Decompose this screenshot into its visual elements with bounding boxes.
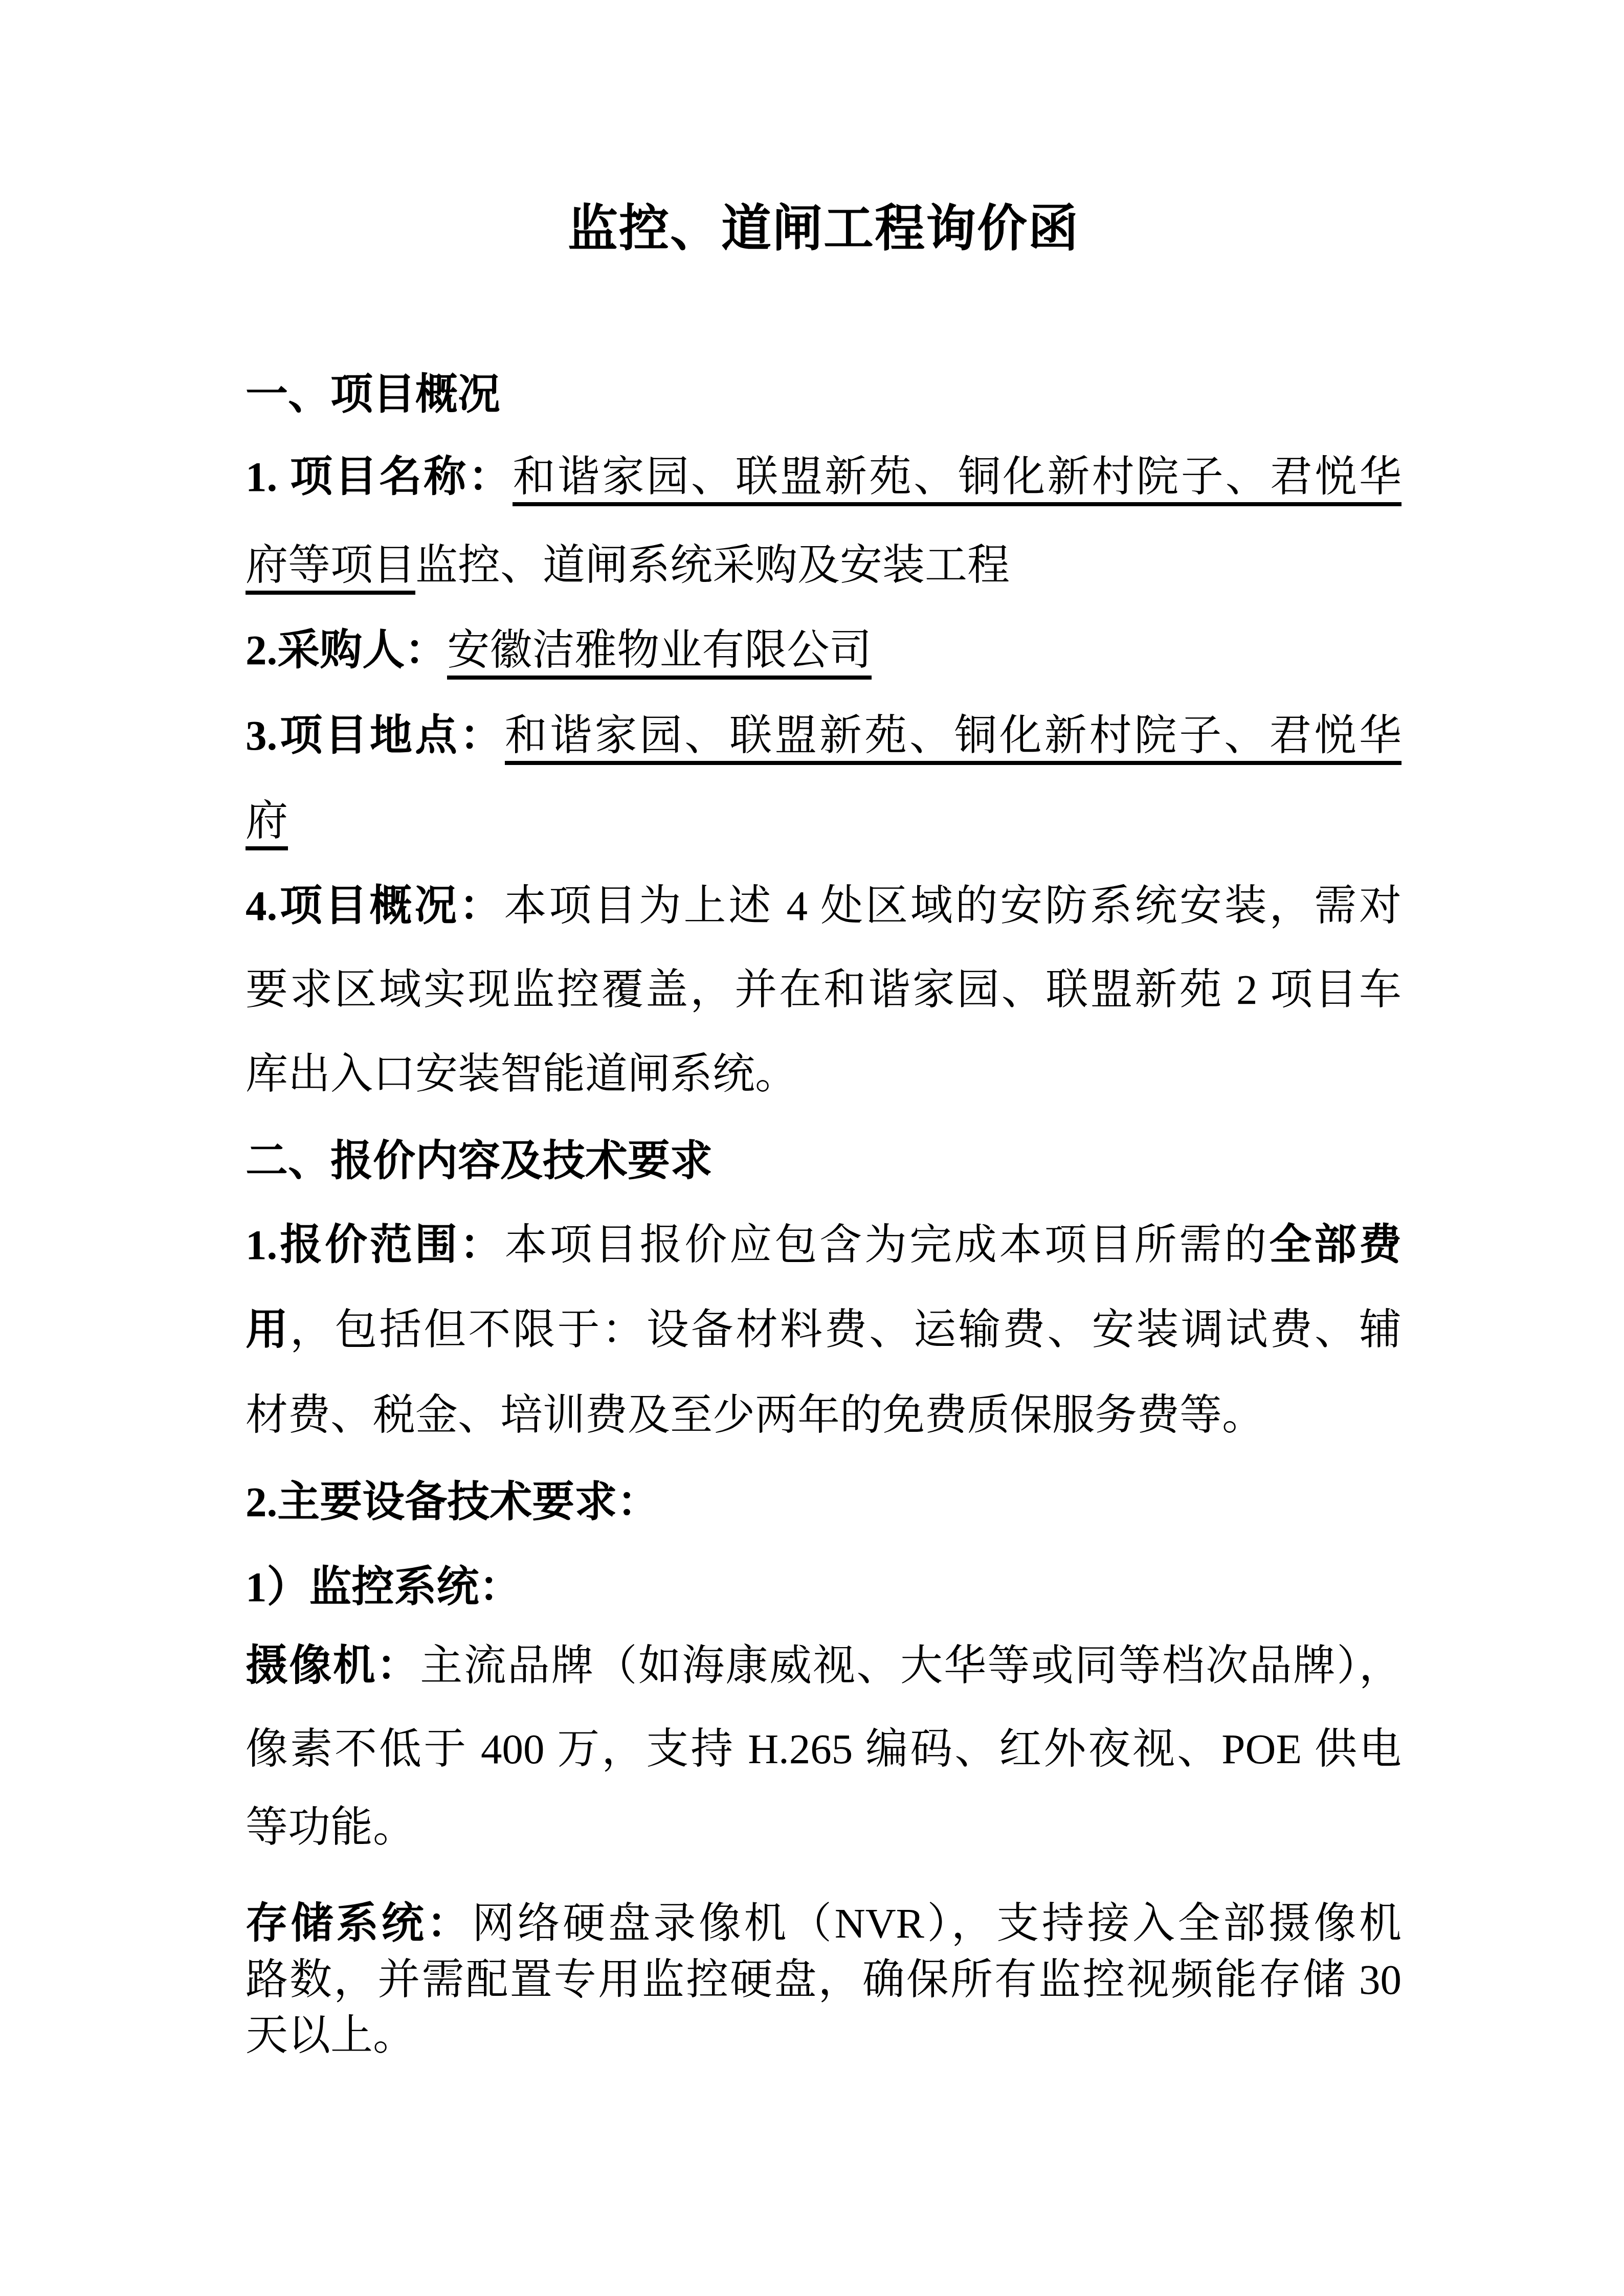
project-overview-label: 4.项目概况： xyxy=(246,882,504,929)
camera-text-3: 等功能。 xyxy=(246,1804,415,1851)
camera-text-1: 主流品牌（如海康威视、大华等或同等档次品牌）， xyxy=(420,1642,1401,1689)
monitoring-system-heading: 1）监控系统： xyxy=(246,1560,1401,1613)
camera-line1: 摄像机：主流品牌（如海康威视、大华等或同等档次品牌）， xyxy=(246,1639,1401,1692)
camera-label: 摄像机： xyxy=(246,1642,420,1689)
quote-scope-label: 1.报价范围： xyxy=(246,1221,505,1268)
project-location-value-underlined-1: 和谐家园、联盟新苑、铜化新村院子、君悦华 xyxy=(505,712,1401,765)
camera-text-2: 像素不低于 400 万，支持 H.265 编码、红外夜视、POE 供电 xyxy=(246,1725,1401,1772)
section2-heading: 二、报价内容及技术要求 xyxy=(246,1134,1401,1187)
storage-text-1: 网络硬盘录像机（NVR），支持接入全部摄像机 xyxy=(472,1900,1401,1947)
storage-line2: 路数，并需配置专用监控硬盘，确保所有监控视频能存储 30 xyxy=(246,1953,1401,2006)
project-name-label: 1. 项目名称： xyxy=(246,453,513,500)
storage-line1: 存储系统：网络硬盘录像机（NVR），支持接入全部摄像机 xyxy=(246,1897,1401,1950)
project-name-line1: 1. 项目名称：和谐家园、联盟新苑、铜化新村院子、君悦华 xyxy=(246,450,1401,503)
project-overview-text-1: 本项目为上述 4 处区域的安防系统安装，需对 xyxy=(504,882,1401,929)
quote-scope-line3: 材费、税金、培训费及至少两年的免费质保服务费等。 xyxy=(246,1388,1401,1442)
project-name-value-rest: 监控、道闸系统采购及安装工程 xyxy=(415,542,1010,589)
document-title: 监控、道闸工程询价函 xyxy=(246,197,1401,262)
storage-line3: 天以上。 xyxy=(246,2009,1401,2062)
purchaser-value-underlined: 安徽洁雅物业有限公司 xyxy=(447,626,872,680)
section1-heading: 一、项目概况 xyxy=(246,368,1401,421)
quote-scope-text-3: 材费、税金、培训费及至少两年的免费质保服务费等。 xyxy=(246,1391,1264,1438)
storage-label: 存储系统： xyxy=(246,1900,472,1947)
project-location-value-underlined-2: 府 xyxy=(246,797,288,850)
quote-scope-text-1: 本项目报价应包含为完成本项目所需的 xyxy=(505,1221,1269,1268)
purchaser-line: 2.采购人：安徽洁雅物业有限公司 xyxy=(246,623,1401,677)
quote-scope-text-2: ，包括但不限于：设备材料费、运输费、安装调试费、辅 xyxy=(290,1306,1401,1353)
document-page: 监控、道闸工程询价函 一、项目概况 1. 项目名称：和谐家园、联盟新苑、铜化新村… xyxy=(0,0,1624,2296)
project-overview-text-2: 要求区域实现监控覆盖，并在和谐家园、联盟新苑 2 项目车 xyxy=(246,966,1401,1013)
project-overview-text-3: 库出入口安装智能道闸系统。 xyxy=(246,1050,797,1097)
project-overview-line2: 要求区域实现监控覆盖，并在和谐家园、联盟新苑 2 项目车 xyxy=(246,963,1401,1016)
project-overview-line3: 库出入口安装智能道闸系统。 xyxy=(246,1047,1401,1100)
purchaser-label: 2.采购人： xyxy=(246,626,447,673)
project-name-value-underlined-2: 府等项目 xyxy=(246,542,415,595)
storage-text-2: 路数，并需配置专用监控硬盘，确保所有监控视频能存储 30 xyxy=(246,1956,1401,2003)
camera-line3: 等功能。 xyxy=(246,1800,1401,1854)
camera-line2: 像素不低于 400 万，支持 H.265 编码、红外夜视、POE 供电 xyxy=(246,1722,1401,1775)
quote-scope-bold-1: 全部费 xyxy=(1269,1221,1401,1268)
project-name-value-underlined-1: 和谐家园、联盟新苑、铜化新村院子、君悦华 xyxy=(513,453,1401,506)
project-overview-line1: 4.项目概况：本项目为上述 4 处区域的安防系统安装，需对 xyxy=(246,879,1401,932)
project-name-line2: 府等项目监控、道闸系统采购及安装工程 xyxy=(246,538,1401,592)
quote-scope-line2: 用，包括但不限于：设备材料费、运输费、安装调试费、辅 xyxy=(246,1303,1401,1356)
equipment-requirements-heading: 2.主要设备技术要求： xyxy=(246,1475,1401,1528)
storage-text-3: 天以上。 xyxy=(246,2012,415,2059)
project-location-line1: 3.项目地点：和谐家园、联盟新苑、铜化新村院子、君悦华 xyxy=(246,709,1401,762)
quote-scope-line1: 1.报价范围：本项目报价应包含为完成本项目所需的全部费 xyxy=(246,1218,1401,1271)
project-location-line2: 府 xyxy=(246,794,1401,847)
quote-scope-bold-2: 用 xyxy=(246,1306,290,1353)
project-location-label: 3.项目地点： xyxy=(246,712,505,759)
